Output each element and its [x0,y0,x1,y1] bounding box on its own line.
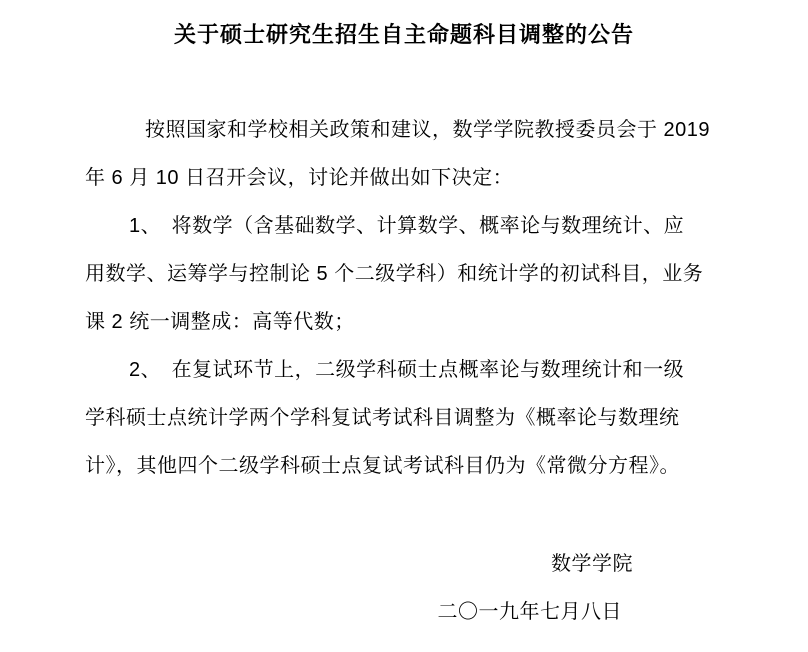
signature-date: 二〇一九年七月八日 [0,588,808,636]
body-line: 年 6 月 10 日召开会议，讨论并做出如下决定： [85,154,738,202]
document-title: 关于硕士研究生招生自主命题科目调整的公告 [0,0,808,50]
body-line: 按照国家和学校相关政策和建议，数学学院教授委员会于 2019 [85,106,738,154]
body-line: 课 2 统一调整成：高等代数； [85,298,738,346]
body-line: 1、 将数学（含基础数学、计算数学、概率论与数理统计、应 [85,202,738,250]
document-body: 按照国家和学校相关政策和建议，数学学院教授委员会于 2019 年 6 月 10 … [85,106,738,490]
signature-department: 数学学院 [0,540,808,588]
document-page: 关于硕士研究生招生自主命题科目调整的公告 按照国家和学校相关政策和建议，数学学院… [0,0,808,652]
body-line: 学科硕士点统计学两个学科复试考试科目调整为《概率论与数理统 [85,394,738,442]
paragraph-intro: 按照国家和学校相关政策和建议，数学学院教授委员会于 2019 年 6 月 10 … [85,106,738,202]
signature-block: 数学学院 二〇一九年七月八日 [0,540,808,636]
paragraph-item-2: 2、 在复试环节上，二级学科硕士点概率论与数理统计和一级 学科硕士点统计学两个学… [85,346,738,490]
body-line: 2、 在复试环节上，二级学科硕士点概率论与数理统计和一级 [85,346,738,394]
body-line: 计》，其他四个二级学科硕士点复试考试科目仍为《常微分方程》。 [85,442,738,490]
paragraph-item-1: 1、 将数学（含基础数学、计算数学、概率论与数理统计、应 用数学、运筹学与控制论… [85,202,738,346]
body-line: 用数学、运筹学与控制论 5 个二级学科）和统计学的初试科目，业务 [85,250,738,298]
